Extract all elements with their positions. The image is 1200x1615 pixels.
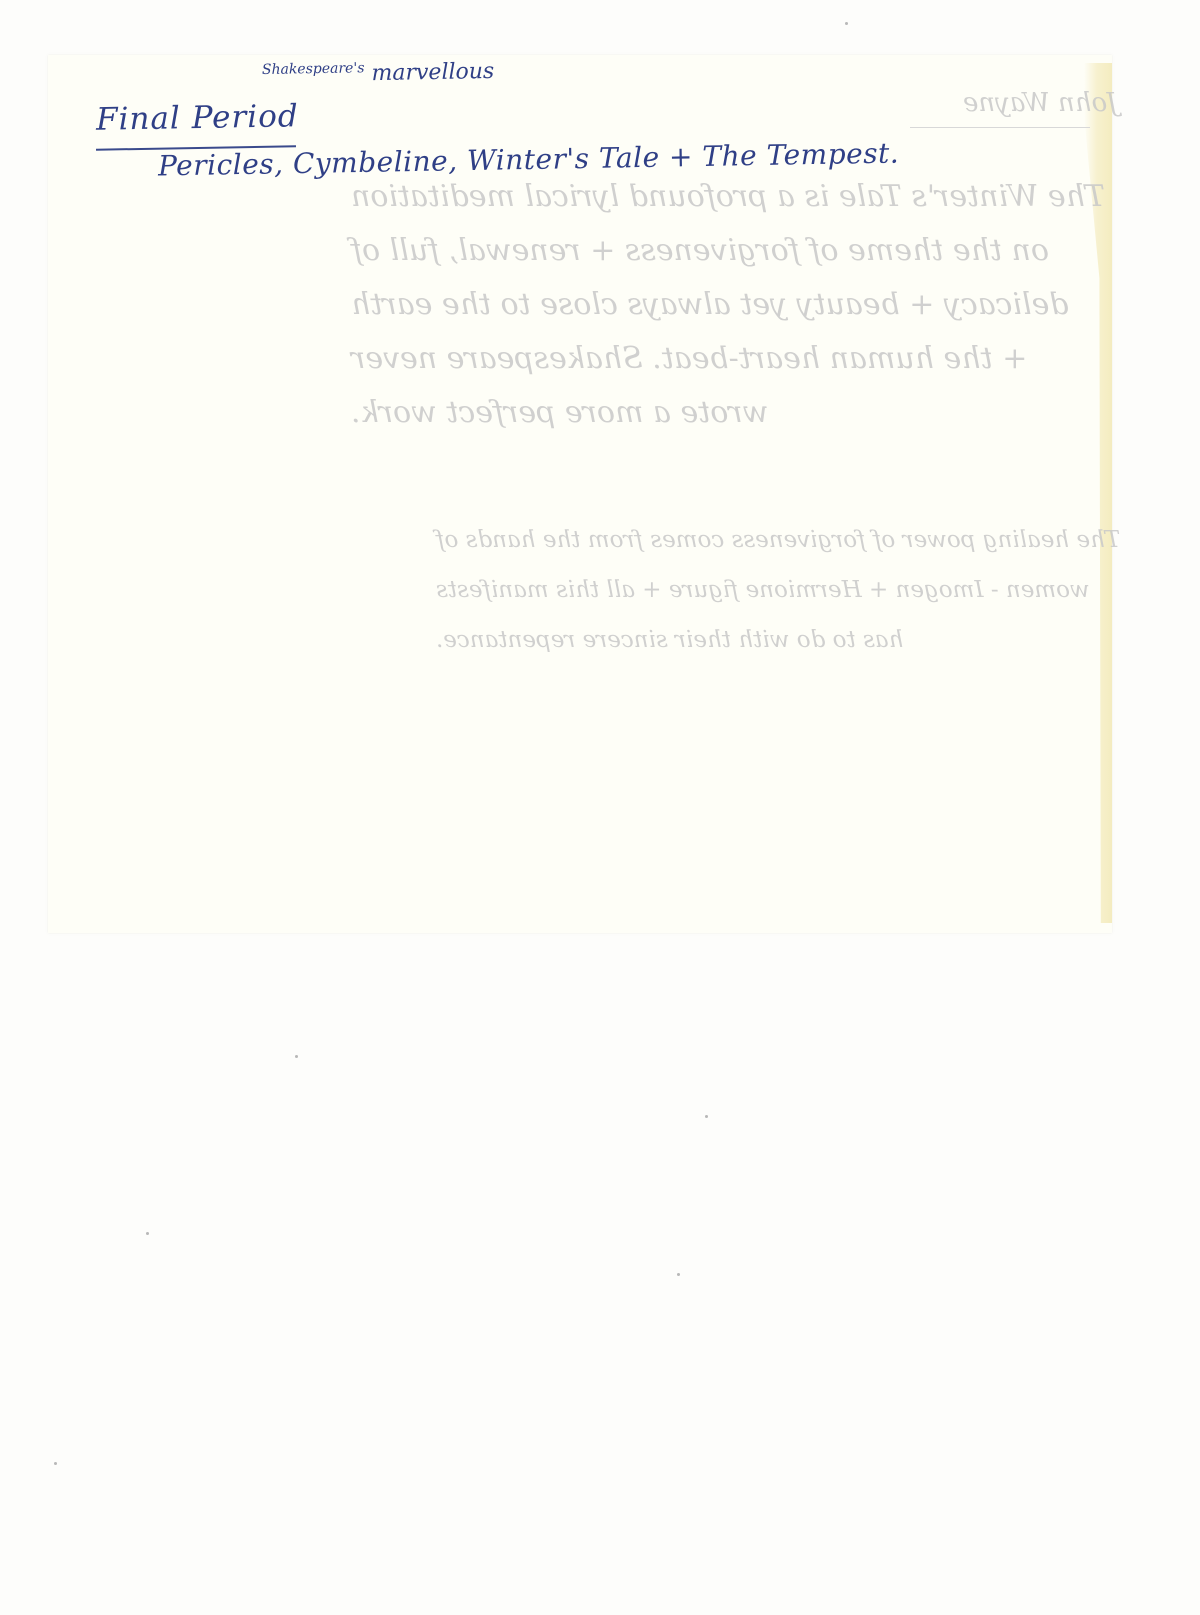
handwritten-title: Final Period [96, 98, 299, 138]
show-through-paragraph-1: The Winter's Tale is a profound lyrical … [351, 170, 1105, 440]
scan-speck [295, 1055, 298, 1058]
show-through-line: The healing power of forgiveness comes f… [436, 515, 1120, 565]
show-through-paragraph-2: The healing power of forgiveness comes f… [436, 515, 1120, 665]
scan-speck [146, 1232, 149, 1235]
show-through-line: women - Imogen + Hermione figure + all t… [436, 565, 1120, 615]
show-through-signature: John Wayne [963, 88, 1118, 118]
show-through-line: has to do with their sincere repentance. [436, 615, 1120, 665]
show-through-signature-line [910, 127, 1090, 128]
scan-speck [845, 22, 848, 25]
subtitle-word: marvellous [371, 59, 494, 86]
show-through-line: The Winter's Tale is a profound lyrical … [351, 170, 1105, 224]
show-through-line: + the human heart-beat. Shakespeare neve… [351, 332, 1105, 386]
subtitle-prefix: Shakespeare's [262, 60, 365, 78]
show-through-line: on the theme of forgiveness + renewal, f… [351, 224, 1105, 278]
scan-speck [54, 1462, 57, 1465]
scan-speck [677, 1273, 680, 1276]
show-through-line: delicacy + beauty yet always close to th… [351, 278, 1105, 332]
show-through-line: wrote a more perfect work. [351, 386, 1105, 440]
handwritten-subtitle: Shakespeare's marvellous [262, 58, 495, 88]
scan-speck [705, 1115, 708, 1118]
